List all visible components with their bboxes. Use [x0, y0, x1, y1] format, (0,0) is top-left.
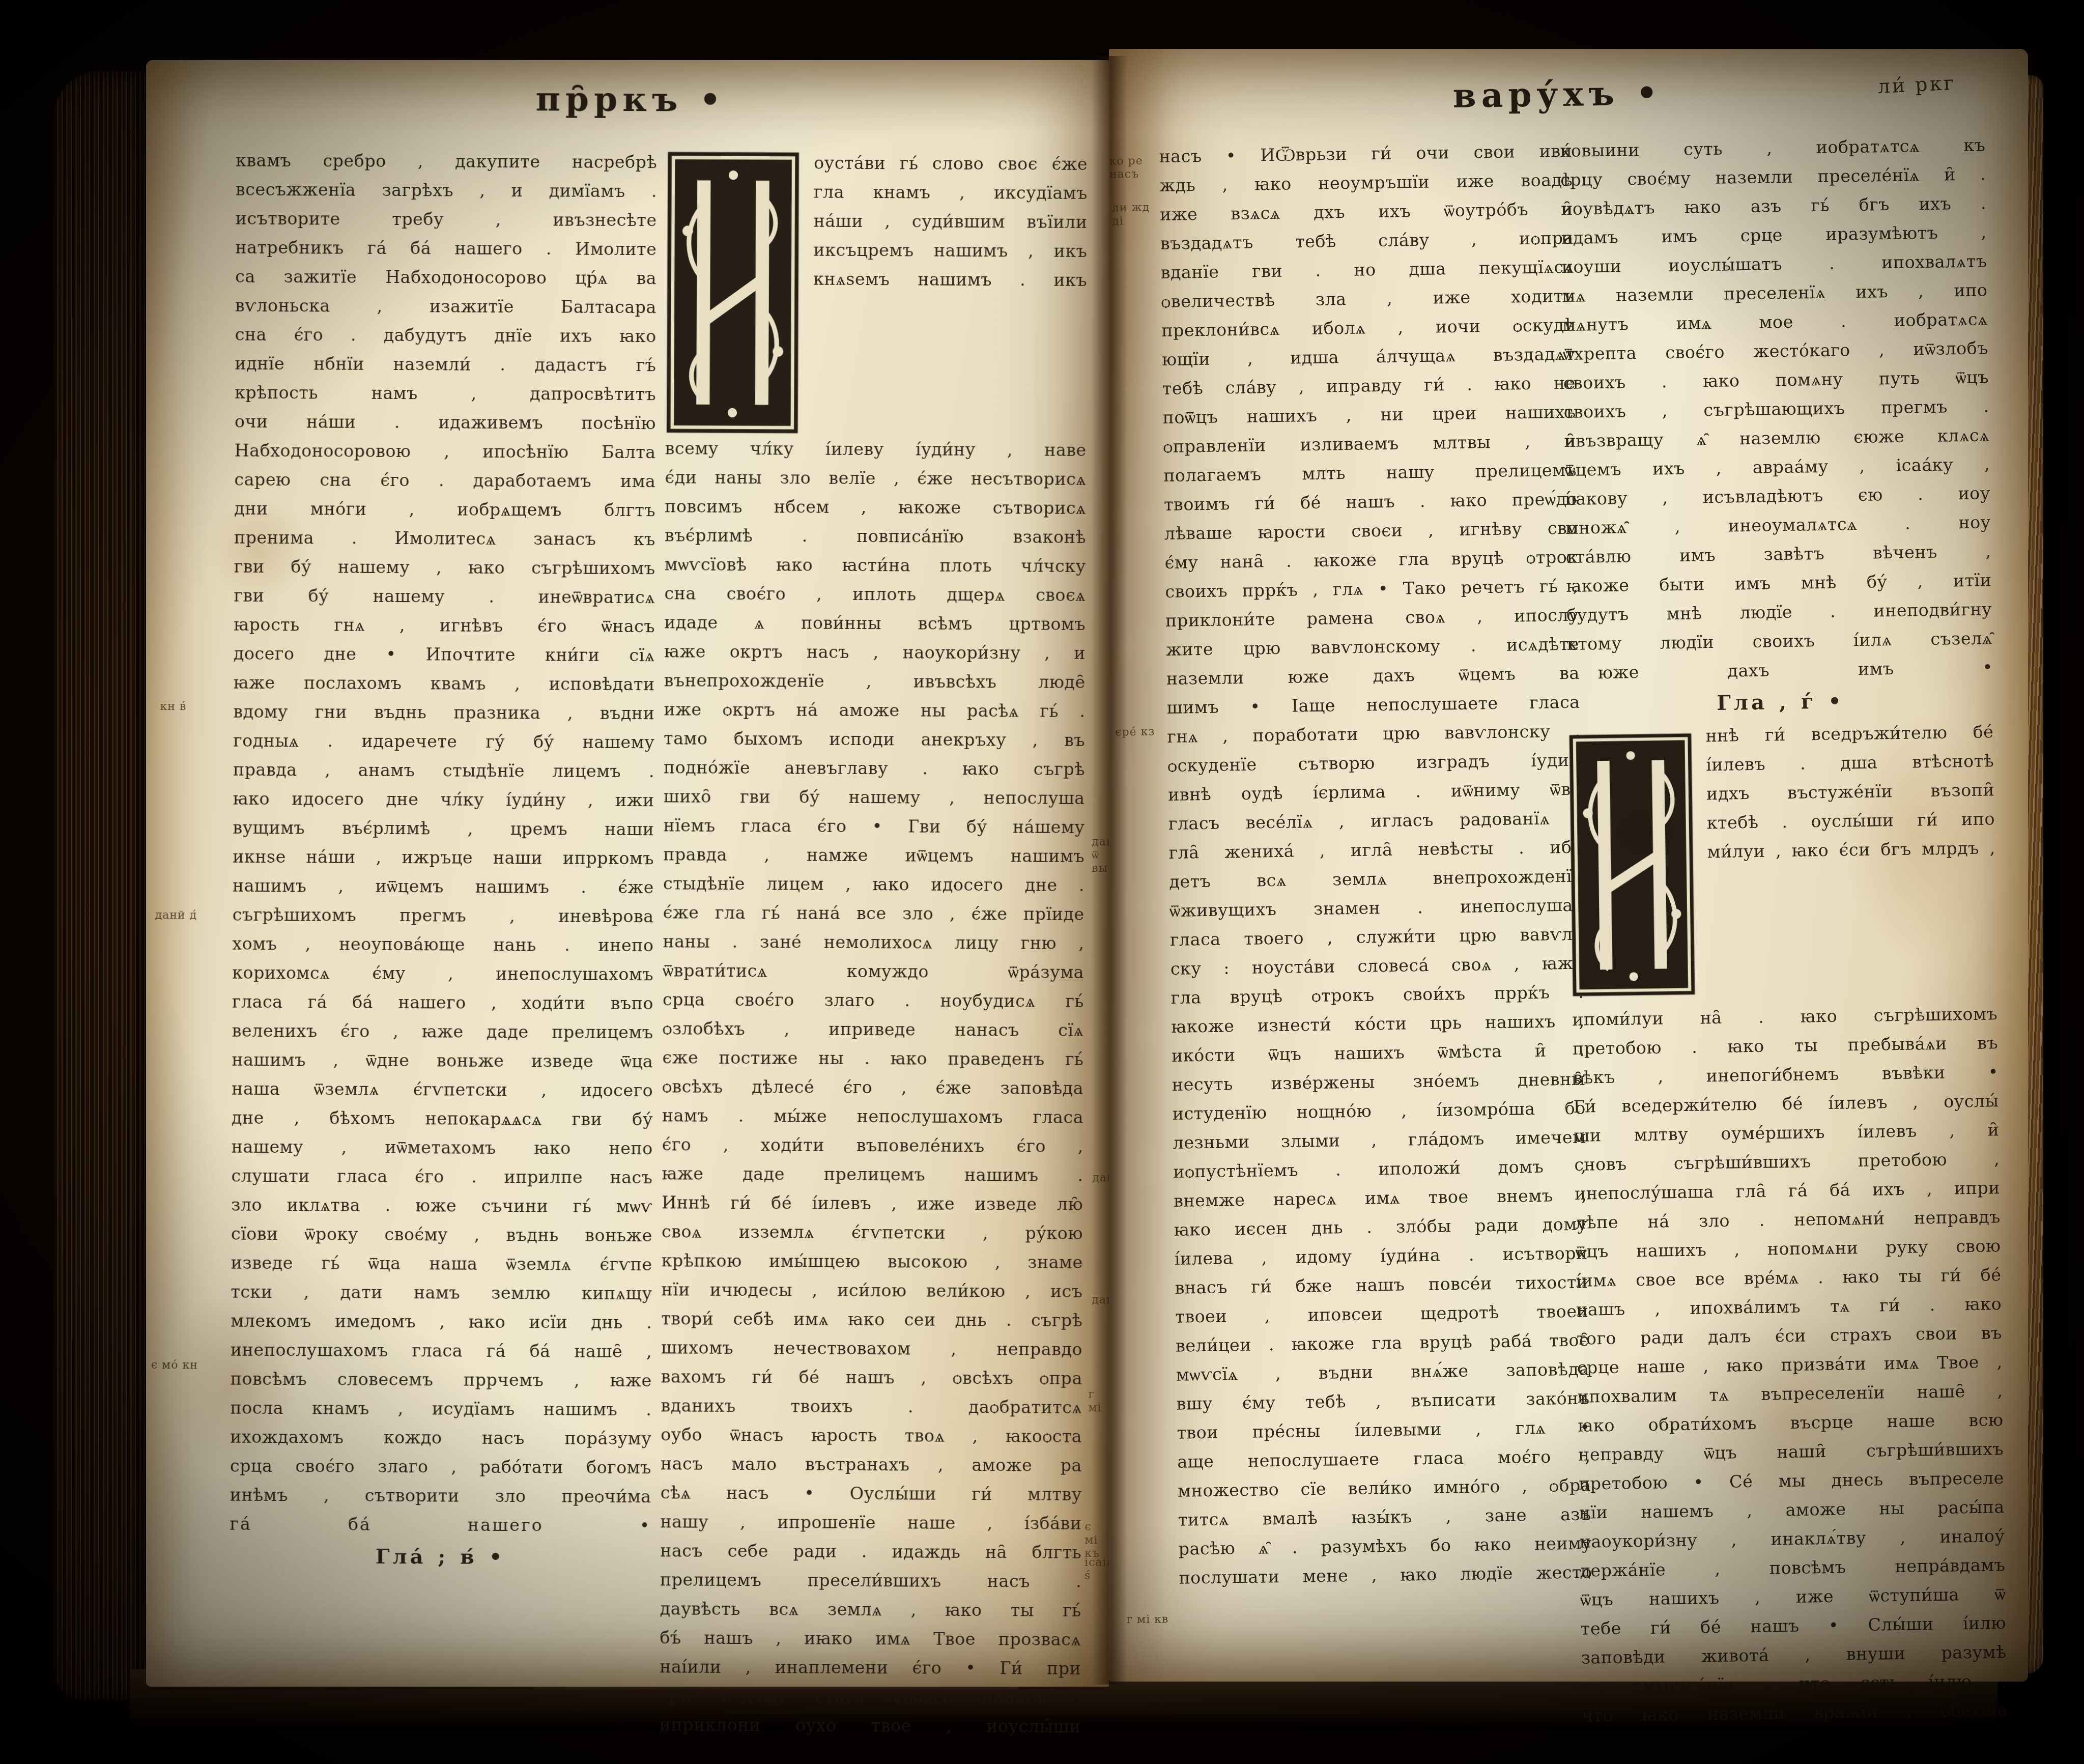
column-text: квамъ сребро , дакупите насребрѣвсесъжже… [230, 146, 658, 1512]
margin-note: данй д́ [155, 909, 197, 922]
column-text: ипоми́луи на̑ . ꙗко съгрѣшихомъпретобою … [1572, 999, 2008, 1730]
margin-note: г мі кв [1126, 1613, 1168, 1627]
verse-ending: га́ ба́ нашего • [230, 1510, 651, 1541]
initial-indented-text: оуста́ви гь́ слово своє є́жегла кнамъ , … [813, 149, 1088, 295]
margin-note: є мі къ [1084, 1521, 1106, 1560]
book-spine-page-block [53, 71, 150, 1700]
margin-note: єре́ кз [1115, 725, 1155, 739]
initial-indented-text: ннѣ ги́ вседръжи́телю бе́і́илевъ . дша в… [1705, 717, 1995, 866]
chapter-heading-3: Гла , ѓ • [1567, 681, 1993, 723]
folio-number: ли́ ркг [1877, 72, 1956, 98]
right-page-column-2: ковыини суть , иобратѧтсѧ късрцу своє́му… [1560, 130, 2008, 1730]
open-book: пр̑ркъ • квамъ сребро , дакупите насребр… [53, 41, 2043, 1730]
ornamental-initial-woodcut [1568, 725, 1696, 1005]
margin-note: ко ре насъ [1109, 155, 1143, 182]
margin-note: г мі [1088, 1388, 1106, 1415]
column-text: насъ • ИѾврьзи ги́ очи свои иви́ждь , ꙗк… [1159, 136, 1592, 1592]
right-page: вару́хъ • ли́ ркг насъ • ИѾврьзи ги́ очи… [1109, 49, 2028, 1682]
column-text: всему чл́ку і́илеву і́уди́ну , навеє́ди … [660, 434, 1087, 1741]
margin-note: є мо́ кн [151, 1359, 198, 1372]
chapter-heading-2: Гла́ ; в́ • [230, 1539, 651, 1576]
verse-ending: юже дахъ имъ • [1567, 652, 1993, 688]
margin-note: ли жд ді [1112, 201, 1150, 228]
ornamental-initial-woodcut [665, 151, 801, 434]
column-text: ковыини суть , иобратѧтсѧ късрцу своє́му… [1560, 130, 1992, 659]
left-page: пр̑ркъ • квамъ сребро , дакупите насребр… [146, 60, 1109, 1687]
left-page-column-2: оуста́ви гь́ слово своє є́жегла кнамъ , … [660, 148, 1088, 1741]
margin-note: кн в́ [160, 700, 186, 714]
right-page-column-1: насъ • ИѾврьзи ги́ очи свои иви́ждь , ꙗк… [1159, 136, 1592, 1592]
left-page-column-1: квамъ сребро , дакупите насребрѣвсесъжже… [230, 146, 657, 1576]
running-head-left: пр̑ркъ • [149, 77, 1112, 121]
